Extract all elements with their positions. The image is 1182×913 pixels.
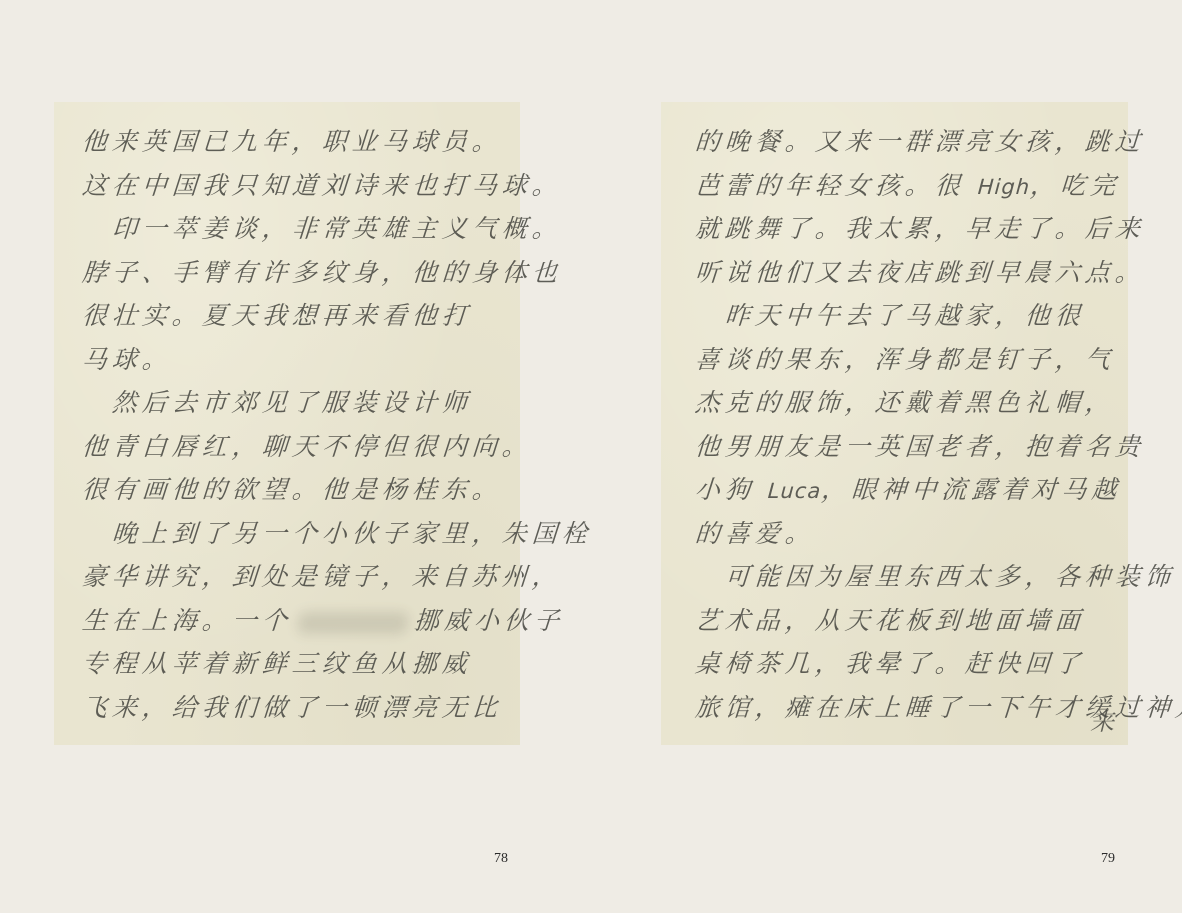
redacted-region bbox=[297, 611, 409, 633]
handwritten-line: 这在中国我只知道刘诗来也打马球。 bbox=[80, 164, 511, 208]
handwritten-line: 听说他们又去夜店跳到早晨六点。 bbox=[693, 251, 1121, 295]
handwritten-line: 芭蕾的年轻女孩。很 High，吃完 bbox=[693, 164, 1121, 208]
handwritten-line: 的晚餐。又来一群漂亮女孩，跳过 bbox=[693, 120, 1121, 164]
handwritten-line: 然后去市郊见了服装设计师 bbox=[80, 381, 511, 425]
handwritten-line: 他男朋友是一英国老者，抱着名贵 bbox=[693, 425, 1121, 469]
handwritten-line: 艺术品，从天花板到地面墙面 bbox=[693, 599, 1121, 643]
handwritten-line: 的喜爱。 bbox=[693, 512, 1121, 556]
handwritten-line: 旅馆，瘫在床上睡了一下午才缓过神儿 bbox=[693, 686, 1121, 730]
margin-note: 来 bbox=[1090, 702, 1114, 737]
handwritten-line: 飞来，给我们做了一顿漂亮无比 bbox=[80, 686, 511, 730]
handwritten-line: 他青白唇红，聊天不停但很内向。 bbox=[80, 425, 511, 469]
handwritten-line: 豪华讲究，到处是镜子，来自苏州， bbox=[80, 555, 511, 599]
right-page-scan: 的晚餐。又来一群漂亮女孩，跳过 芭蕾的年轻女孩。很 High，吃完 就跳舞了。我… bbox=[661, 102, 1128, 745]
latin-word: Luca bbox=[767, 479, 822, 503]
handwritten-line: 他来英国已九年，职业马球员。 bbox=[80, 120, 511, 164]
handwritten-line: 晚上到了另一个小伙子家里，朱国栓 bbox=[80, 512, 511, 556]
handwritten-line: 桌椅茶几，我晕了。赶快回了 bbox=[693, 642, 1121, 686]
line-text: 小狗 bbox=[694, 475, 756, 504]
handwritten-line: 就跳舞了。我太累，早走了。后来 bbox=[693, 207, 1121, 251]
handwritten-line: 杰克的服饰，还戴着黑色礼帽， bbox=[693, 381, 1121, 425]
latin-word: High bbox=[977, 175, 1031, 199]
handwritten-line: 喜谈的果东，浑身都是钉子，气 bbox=[693, 338, 1121, 382]
handwritten-line-with-redaction: 生在上海。一个挪威小伙子 bbox=[80, 599, 511, 643]
handwritten-line: 小狗 Luca，眼神中流露着对马越 bbox=[693, 468, 1121, 512]
handwritten-line: 很壮实。夏天我想再来看他打 bbox=[80, 294, 511, 338]
line-text-before-redaction: 生在上海。一个 bbox=[81, 606, 293, 635]
handwritten-line: 脖子、手臂有许多纹身，他的身体也 bbox=[80, 251, 511, 295]
line-text-after-redaction: 挪威小伙子 bbox=[413, 606, 565, 635]
handwritten-line: 专程从苹着新鲜三纹鱼从挪威 bbox=[80, 642, 511, 686]
page-number-right: 79 bbox=[1101, 851, 1115, 867]
handwritten-line: 很有画他的欲望。他是杨桂东。 bbox=[80, 468, 511, 512]
handwritten-line: 昨天中午去了马越家，他很 bbox=[693, 294, 1121, 338]
handwritten-line: 印一萃姜谈，非常英雄主义气概。 bbox=[80, 207, 511, 251]
handwritten-line: 可能因为屋里东西太多，各种装饰 bbox=[693, 555, 1121, 599]
left-page-scan: 他来英国已九年，职业马球员。 这在中国我只知道刘诗来也打马球。 印一萃姜谈，非常… bbox=[54, 102, 520, 745]
page-number-left: 78 bbox=[494, 851, 508, 867]
handwritten-line: 马球。 bbox=[80, 338, 511, 382]
line-text-after: ，吃完 bbox=[1029, 171, 1121, 200]
line-text: 芭蕾的年轻女孩。很 bbox=[694, 171, 966, 200]
line-text-after: ，眼神中流露着对马越 bbox=[820, 475, 1122, 504]
